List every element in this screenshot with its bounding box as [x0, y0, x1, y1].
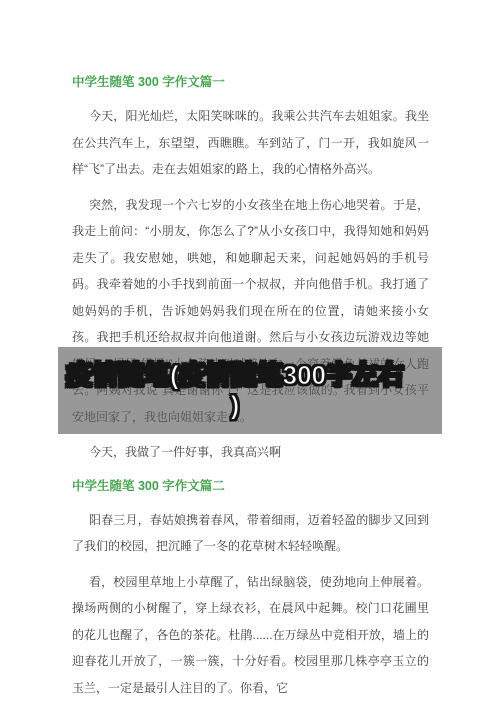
section-1-heading: 中学生随笔 300 字作文篇一 — [72, 72, 429, 92]
section-1-paragraph-2: 突然，我发现一个六七岁的小女孩坐在地上伤心地哭着。于是，我走上前问：“小朋友，你… — [72, 192, 429, 431]
article-page: 中学生随笔 300 字作文篇一 今天，阳光灿烂，太阳笑咪咪的。我乘公共汽车去姐姐… — [0, 0, 500, 706]
section-2-heading: 中学生随笔 300 字作文篇二 — [72, 476, 429, 496]
article-content: 中学生随笔 300 字作文篇一 今天，阳光灿烂，太阳笑咪咪的。我乘公共汽车去姐姐… — [72, 0, 429, 706]
section-2-paragraph-1: 阳春三月，春姑娘携着春风，带着细雨，迈着轻盈的脚步又回到了我们的校园，把沉睡了一… — [72, 507, 429, 560]
section-1-paragraph-3: 今天，我做了一件好事，我真高兴啊 — [72, 439, 429, 466]
section-2-paragraph-2: 看，校园里草地上小草醒了，钻出绿脑袋，使劲地向上伸展着。操场两侧的小树醒了，穿上… — [72, 569, 429, 702]
section-1-paragraph-1: 今天，阳光灿烂，太阳笑咪咪的。我乘公共汽车去姐姐家。我坐在公共汽车上，东望望，西… — [72, 103, 429, 183]
